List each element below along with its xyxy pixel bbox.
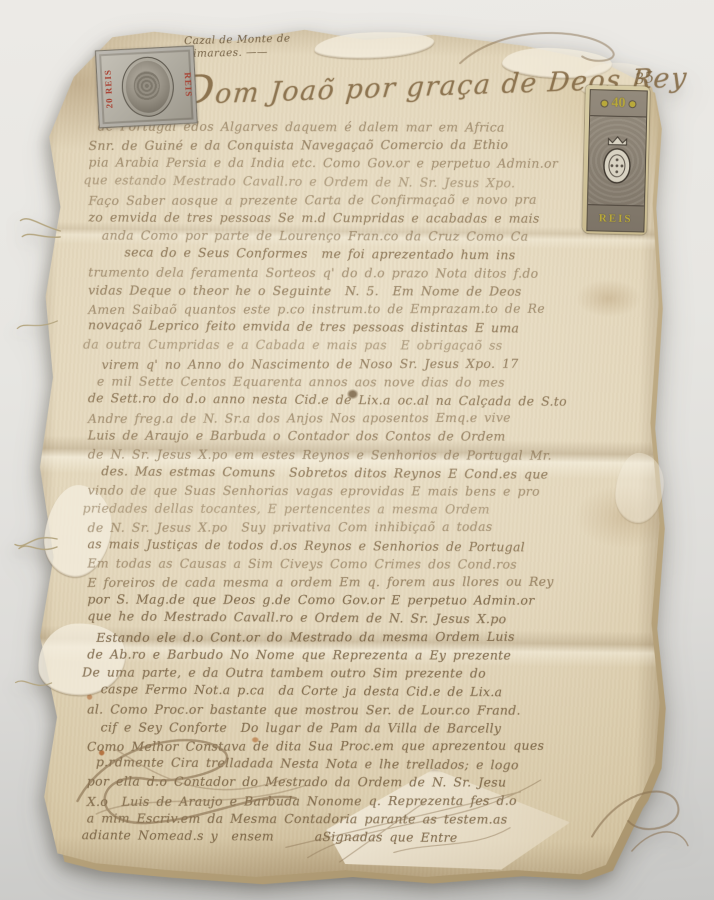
archive-annotation: Cazal de Monte de Gimaraes. —— [184,33,291,62]
manuscript-line: Andre freg.a de N. Sr.a dos Anjos Nos ap… [88,409,640,429]
manuscript-line: Faço Saber aosque a prezente Carta de Co… [88,190,640,210]
photo-stage: Cazal de Monte de Gimaraes. —— Dom Joaõ … [0,0,714,900]
annotation-line2: Gimaraes. —— [184,46,291,62]
rosette-icon [601,100,607,106]
manuscript-line: Em todas as Causas a Sim Civeys Como Cri… [87,554,639,574]
manuscript-document: Cazal de Monte de Gimaraes. —— Dom Joaõ … [26,23,669,886]
manuscript-line: Snr. de Guiné e da Conquista Navegaçaõ C… [89,136,641,156]
revenue-stamp-left: 20 REIS REIS [95,45,198,128]
annotation-line1: Cazal de Monte de [184,33,291,49]
manuscript-line: Estando ele d.o Cont.or do Mestrado da m… [96,627,639,647]
manuscript-line: E foreiros de cada mesma a ordem Em q. f… [87,573,639,593]
stamp-medallion-icon [120,56,175,119]
stamp-currency: REIS [587,204,644,231]
manuscript-line: vindo de que Suas Senhorias vagas eprovi… [88,482,640,502]
manuscript-line: Luis de Araujo e Barbuda o Contador dos … [88,427,640,447]
stamp-panel: 40 REIS [586,89,647,232]
manuscript-line: zo emvida de tres pessoas Se m.d Cumprid… [88,208,640,228]
stamp-arms-field [588,116,646,205]
stamp-value: 40 [611,95,625,111]
signature-flourish-right-icon [582,766,693,862]
manuscript-line: que he do Mestrado Cavall.ro e Ordem de … [87,608,639,630]
pen-scratches-icon [274,755,555,873]
manuscript-line: priedades dellas tocantes, E pertencente… [83,500,640,520]
pen-swash-icon [454,25,624,69]
manuscript-line: de Ab.ro e Barbudo No Nome que Reprezent… [87,645,639,665]
stamp-overprint-left: 20 REIS [103,69,115,109]
stamp-overprint-right: REIS [183,72,194,97]
manuscript-line: virem q' no Anno do Nascimento de Noso S… [88,354,640,374]
manuscript-line: pia Arabia Persia e da India etc. Como G… [89,154,641,174]
manuscript-line: al. Como Proc.or bastante que mostrou Se… [87,700,639,720]
crowned-shield-icon [597,134,636,187]
tax-stamp-40-reis: 40 REIS [582,85,650,235]
manuscript-line: vidas Deque o theor he o Seguinte N. 5. … [88,281,640,301]
stamp-value-band: 40 [590,90,647,117]
rosette-icon [629,101,635,107]
manuscript-line: da outra Cumpridas e a Cabada e mais pas… [83,336,640,356]
manuscript-line: trumento dela feramenta Sorteos q' do d.… [88,263,640,283]
manuscript-line: de N. Sr. Jesus X.po Suy privativa Com i… [88,518,640,538]
